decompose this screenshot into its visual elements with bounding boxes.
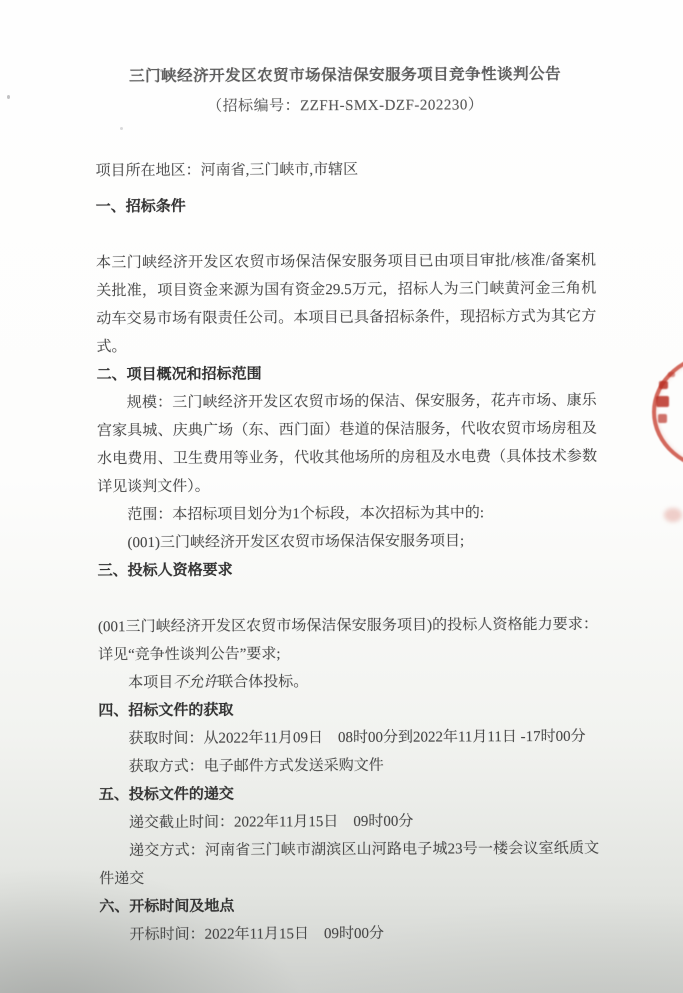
joint-venture-suffix: 联合体投标。	[218, 674, 308, 690]
scanned-document-page: 三门峡经济开发区农贸市场保洁保安服务项目竞争性谈判公告 （招标编号：ZZFH-S…	[0, 0, 683, 993]
red-seal-text-mark	[658, 414, 667, 423]
document-content: 三门峡经济开发区农贸市场保洁保安服务项目竞争性谈判公告 （招标编号：ZZFH-S…	[95, 63, 600, 950]
scan-speck	[7, 95, 10, 99]
red-seal-text-mark	[659, 381, 668, 389]
paragraph-scale: 规模：三门峡经济开发区农贸市场的保洁、保安服务，花卉市场、康乐宫家具城、庆典广场…	[97, 387, 598, 502]
paragraph-acquisition-time: 获取时间：从2022年11月09日 08时00分到2022年11月11日 -17…	[98, 723, 598, 754]
paragraph-joint-venture: 本项目不允许联合体投标。	[98, 667, 598, 698]
red-seal-text-mark	[656, 396, 669, 407]
red-seal-icon	[652, 352, 683, 472]
paragraph-acquisition-method: 获取方式：电子邮件方式发送采购文件	[99, 751, 599, 782]
section-heading-bidder-qualification: 三、投标人资格要求	[98, 555, 598, 586]
red-seal-text-mark	[668, 372, 675, 377]
paragraph-scope: 范围：本招标项目划分为1个标段，本次招标为其中的:	[97, 499, 597, 530]
paragraph-tender-conditions: 本三门峡经济开发区农贸市场保洁保安服务项目已由项目审批/核准/备案机关批准，项目…	[96, 247, 597, 362]
document-title: 三门峡经济开发区农贸市场保洁保安服务项目竞争性谈判公告	[95, 63, 595, 90]
section-heading-project-overview: 二、项目概况和招标范围	[97, 359, 597, 390]
paragraph-qualification-requirements: (001三门峡经济开发区农贸市场保洁保安服务项目)的投标人资格能力要求：详见“竞…	[98, 611, 598, 670]
joint-venture-not-allowed: 不允许	[173, 675, 218, 691]
joint-venture-prefix: 本项目	[128, 675, 173, 691]
paragraph-opening-time: 开标时间：2022年11月15日 09时00分	[99, 919, 599, 950]
project-location-line: 项目所在地区：河南省,三门峡市,市辖区	[95, 155, 595, 186]
red-seal-smudge	[664, 508, 682, 522]
section-heading-tender-conditions: 一、招标条件	[96, 191, 596, 222]
section-heading-bid-submission: 五、投标文件的递交	[99, 779, 599, 810]
paragraph-lot-001: (001)三门峡经济开发区农贸市场保洁保安服务项目;	[97, 527, 597, 558]
paragraph-submission-method: 递交方式：河南省三门峡市湖滨区山河路电子城23号一楼会议室纸质文件递交	[99, 835, 599, 894]
scan-speck	[120, 127, 123, 130]
section-heading-bid-opening: 六、开标时间及地点	[99, 891, 599, 922]
paragraph-submission-deadline: 递交截止时间：2022年11月15日 09时00分	[99, 807, 599, 838]
section-heading-document-acquisition: 四、招标文件的获取	[98, 695, 598, 726]
scan-speck	[160, 69, 163, 72]
scan-speck	[345, 105, 348, 108]
